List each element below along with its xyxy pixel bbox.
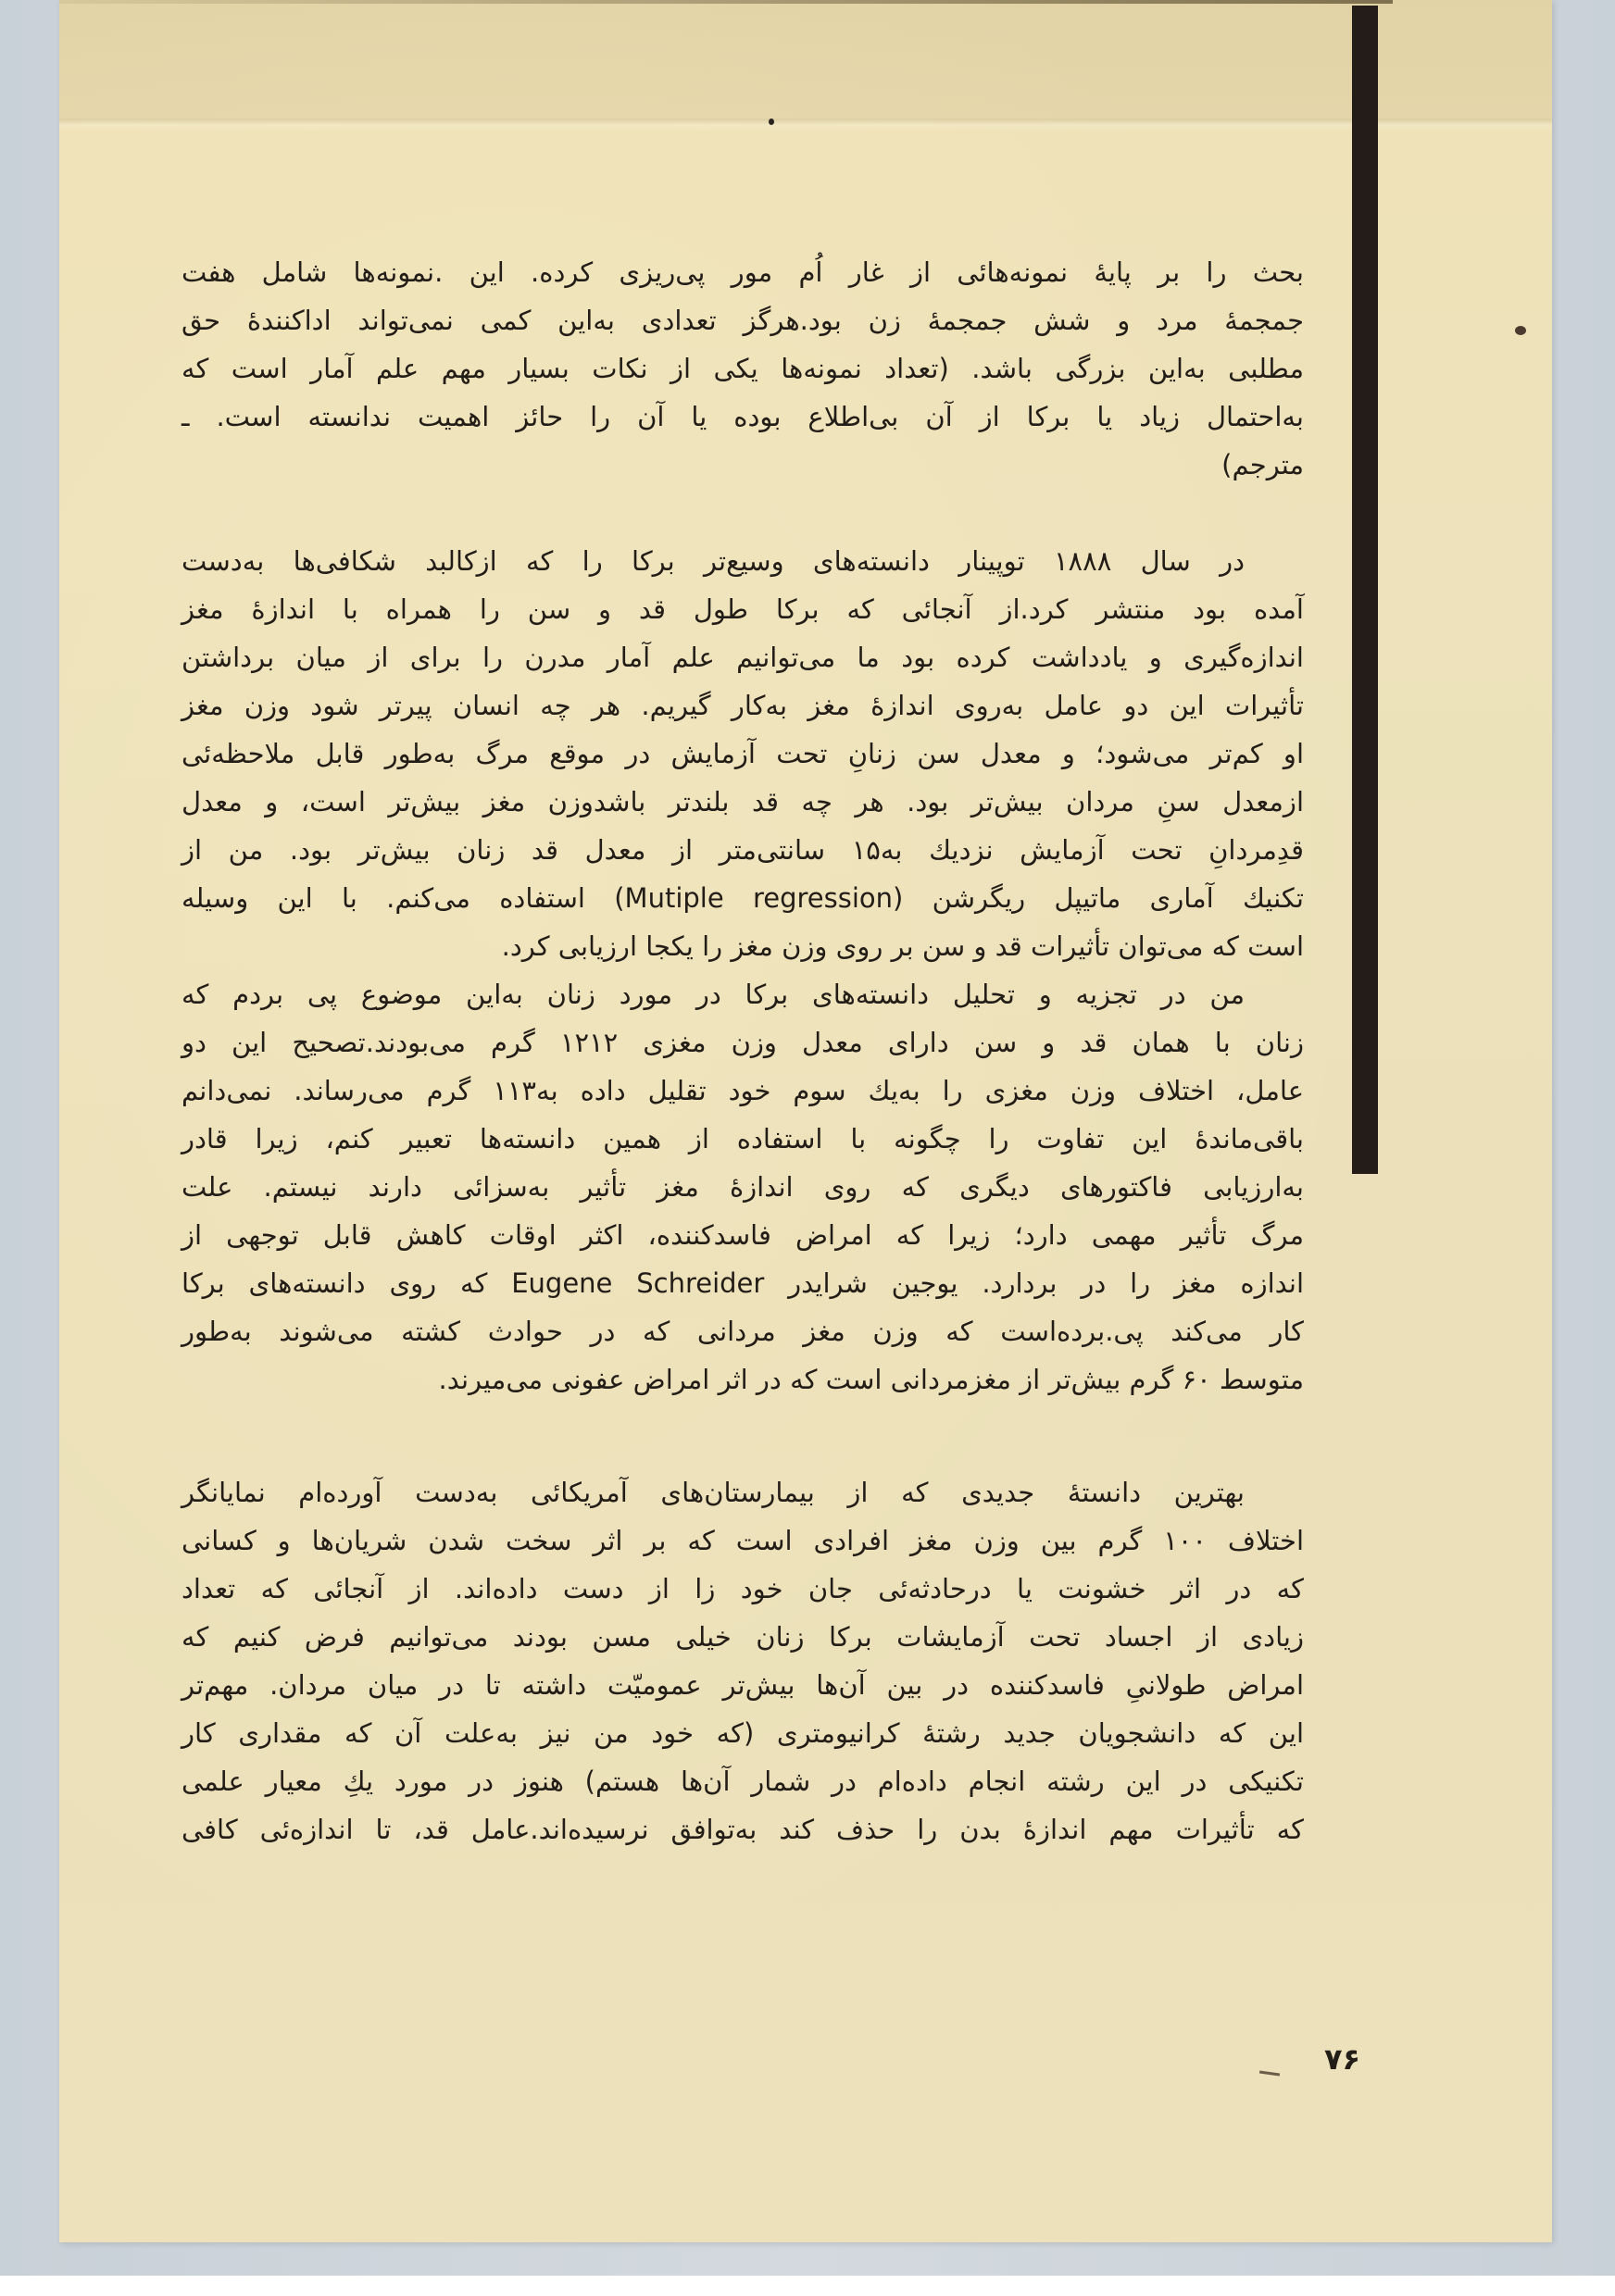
text-line: او کم‌تر می‌شود؛ و معدل سن زنانِ تحت آزم… bbox=[182, 730, 1304, 778]
text-line: اختلاف ۱۰۰ گرم بین وزن مغز افرادی است که… bbox=[182, 1516, 1304, 1565]
margin-black-bar bbox=[1352, 6, 1378, 1174]
text-line: من در تجزیه و تحلیل دانسته‌های برکا در م… bbox=[182, 970, 1304, 1018]
paragraph-4: بهترین دانستهٔ جدیدی که از بیمارستان‌های… bbox=[182, 1468, 1304, 1853]
text-line: ازمعدل سنِ مردان بیش‌تر بود. هر چه قد بل… bbox=[182, 778, 1304, 826]
paragraph-1: بحث را بر پایهٔ نمونه‌هائی از غار اُم مو… bbox=[182, 248, 1304, 489]
text-line: به‌احتمال زیاد یا برکا از آن بی‌اطلاع بو… bbox=[182, 393, 1304, 441]
text-line: باقی‌ماندهٔ این تفاوت را چگونه با استفاد… bbox=[182, 1115, 1304, 1163]
page-top-edge-shadow bbox=[59, 0, 1393, 4]
text-line: این که دانشجویان جدید رشتهٔ کرانیومتری (… bbox=[182, 1709, 1304, 1757]
text-line: مترجم) bbox=[182, 441, 1304, 489]
ink-speck bbox=[1515, 326, 1526, 335]
text-line: بهترین دانستهٔ جدیدی که از بیمارستان‌های… bbox=[182, 1468, 1304, 1516]
text-line: امراض طولانیِ فاسدکننده در بین آن‌ها بیش… bbox=[182, 1661, 1304, 1709]
text-line: جمجمهٔ مرد و شش جمجمهٔ زن بود.هرگز تعداد… bbox=[182, 296, 1304, 344]
text-line: تأثیرات این دو عامل به‌روی اندازهٔ مغز ب… bbox=[182, 681, 1304, 730]
text-line: به‌ارزیابی فاکتورهای دیگری که روی اندازه… bbox=[182, 1163, 1304, 1211]
text-line: که تأثیرات مهم اندازهٔ بدن را حذف کند به… bbox=[182, 1805, 1304, 1853]
text-line: زیادی از اجساد تحت آزمایشات برکا زنان خی… bbox=[182, 1613, 1304, 1661]
text-line: کار می‌کند پی.برده‌است که وزن مغز مردانی… bbox=[182, 1307, 1304, 1355]
body-text: بحث را بر پایهٔ نمونه‌هائی از غار اُم مو… bbox=[182, 248, 1304, 1853]
text-line: که در اثر خشونت یا درحادثه‌ئی جان خود زا… bbox=[182, 1565, 1304, 1613]
text-line: اندازه مغز را در بردارد. یوجین شرایدر Eu… bbox=[182, 1259, 1304, 1307]
ink-dot bbox=[769, 119, 774, 125]
page-number: ۷۶ bbox=[1324, 2041, 1360, 2077]
text-line: در سال ۱۸۸۸ توپینار دانسته‌های وسیع‌تر ب… bbox=[182, 537, 1304, 585]
paragraph-2: در سال ۱۸۸۸ توپینار دانسته‌های وسیع‌تر ب… bbox=[182, 537, 1304, 970]
text-line: زنان با همان قد و سن دارای معدل وزن مغزی… bbox=[182, 1018, 1304, 1067]
text-line: اندازه‌گیری و یادداشت کرده بود ما می‌توا… bbox=[182, 633, 1304, 681]
paragraph-3: من در تجزیه و تحلیل دانسته‌های برکا در م… bbox=[182, 970, 1304, 1404]
text-line: تکنیکی در این رشته انجام داده‌ام در شمار… bbox=[182, 1757, 1304, 1805]
text-line: است که می‌توان تأثیرات قد و سن بر روی وز… bbox=[182, 922, 1304, 970]
page-fold-crease bbox=[59, 119, 1552, 131]
text-line: تکنیك آماری ماتیپل ریگرشن (Mutiple regre… bbox=[182, 874, 1304, 922]
text-line: قدِمردانِ تحت آزمایش نزدیك به‌۱۵ سانتی‌م… bbox=[182, 826, 1304, 874]
text-line: مطلبی به‌این بزرگی باشد. (تعداد نمونه‌ها… bbox=[182, 344, 1304, 393]
text-line: بحث را بر پایهٔ نمونه‌هائی از غار اُم مو… bbox=[182, 248, 1304, 296]
text-line: مرگ تأثیر مهمی دارد؛ زیرا که امراض فاسدک… bbox=[182, 1211, 1304, 1259]
text-line: عامل، اختلاف وزن مغزی را به‌یك سوم خود ت… bbox=[182, 1067, 1304, 1115]
text-line: آمده بود منتشر کرد.از آنجائی که برکا طول… bbox=[182, 585, 1304, 633]
text-line: متوسط ۶۰ گرم بیش‌تر از مغزمردانی است که … bbox=[182, 1355, 1304, 1404]
